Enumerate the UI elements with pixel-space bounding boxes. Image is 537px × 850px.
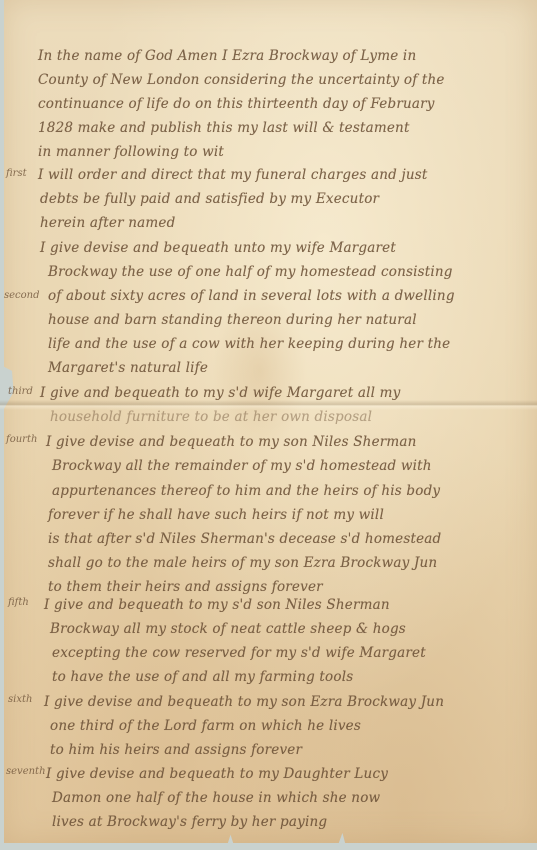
text-line: house and barn standing thereon during h… (48, 312, 417, 328)
text-line: Brockway the use of one half of my homes… (48, 264, 453, 280)
text-line: in manner following to wit (38, 144, 224, 160)
text-line: I give devise and bequeath unto my wife … (40, 240, 396, 256)
margin-label-fifth: fifth (8, 597, 29, 608)
text-line: I will order and direct that my funeral … (38, 167, 428, 183)
text-line: I give devise and bequeath to my son Nil… (46, 434, 417, 450)
text-line: I give devise and bequeath to my Daughte… (46, 766, 388, 782)
margin-label-second: second (4, 290, 40, 301)
text-line: County of New London considering the unc… (38, 72, 445, 88)
text-line: excepting the cow reserved for my s'd wi… (52, 645, 426, 661)
text-line: I give and bequeath to my s'd wife Marga… (40, 385, 400, 401)
margin-label-sixth: sixth (8, 694, 32, 705)
text-line: Margaret's natural life (48, 360, 208, 376)
text-line: lives at Brockway's ferry by her paying (52, 814, 327, 830)
text-line: I give devise and bequeath to my son Ezr… (44, 694, 444, 710)
text-line: to them their heirs and assigns forever (48, 579, 323, 595)
text-line: household furniture to be at her own dis… (50, 409, 372, 425)
text-line: debts be fully paid and satisfied by my … (40, 191, 379, 207)
text-line: In the name of God Amen I Ezra Brockway … (38, 48, 416, 64)
text-line: Brockway all the remainder of my s'd hom… (52, 458, 432, 474)
text-line: forever if he shall have such heirs if n… (48, 507, 384, 523)
text-line: to him his heirs and assigns forever (50, 742, 302, 758)
margin-label-first: first (6, 168, 27, 179)
text-line: Damon one half of the house in which she… (52, 790, 380, 806)
text-line: life and the use of a cow with her keepi… (48, 336, 450, 352)
text-line: is that after s'd Niles Sherman's deceas… (48, 531, 441, 547)
text-line: continuance of life do on this thirteent… (38, 96, 435, 112)
text-line: to have the use of and all my farming to… (52, 669, 353, 685)
text-line: one third of the Lord farm on which he l… (50, 718, 361, 734)
text-line: Brockway all my stock of neat cattle she… (50, 621, 406, 637)
margin-label-third: third (8, 386, 33, 397)
margin-label-seventh: seventh (6, 766, 46, 777)
text-line: 1828 make and publish this my last will … (38, 120, 410, 136)
text-line: appurtenances thereof to him and the hei… (52, 483, 440, 499)
margin-label-fourth: fourth (6, 434, 37, 445)
text-line: shall go to the male heirs of my son Ezr… (48, 555, 437, 571)
text-line: of about sixty acres of land in several … (48, 288, 455, 304)
text-line: I give and bequeath to my s'd son Niles … (44, 597, 390, 613)
text-line: herein after named (40, 215, 175, 231)
